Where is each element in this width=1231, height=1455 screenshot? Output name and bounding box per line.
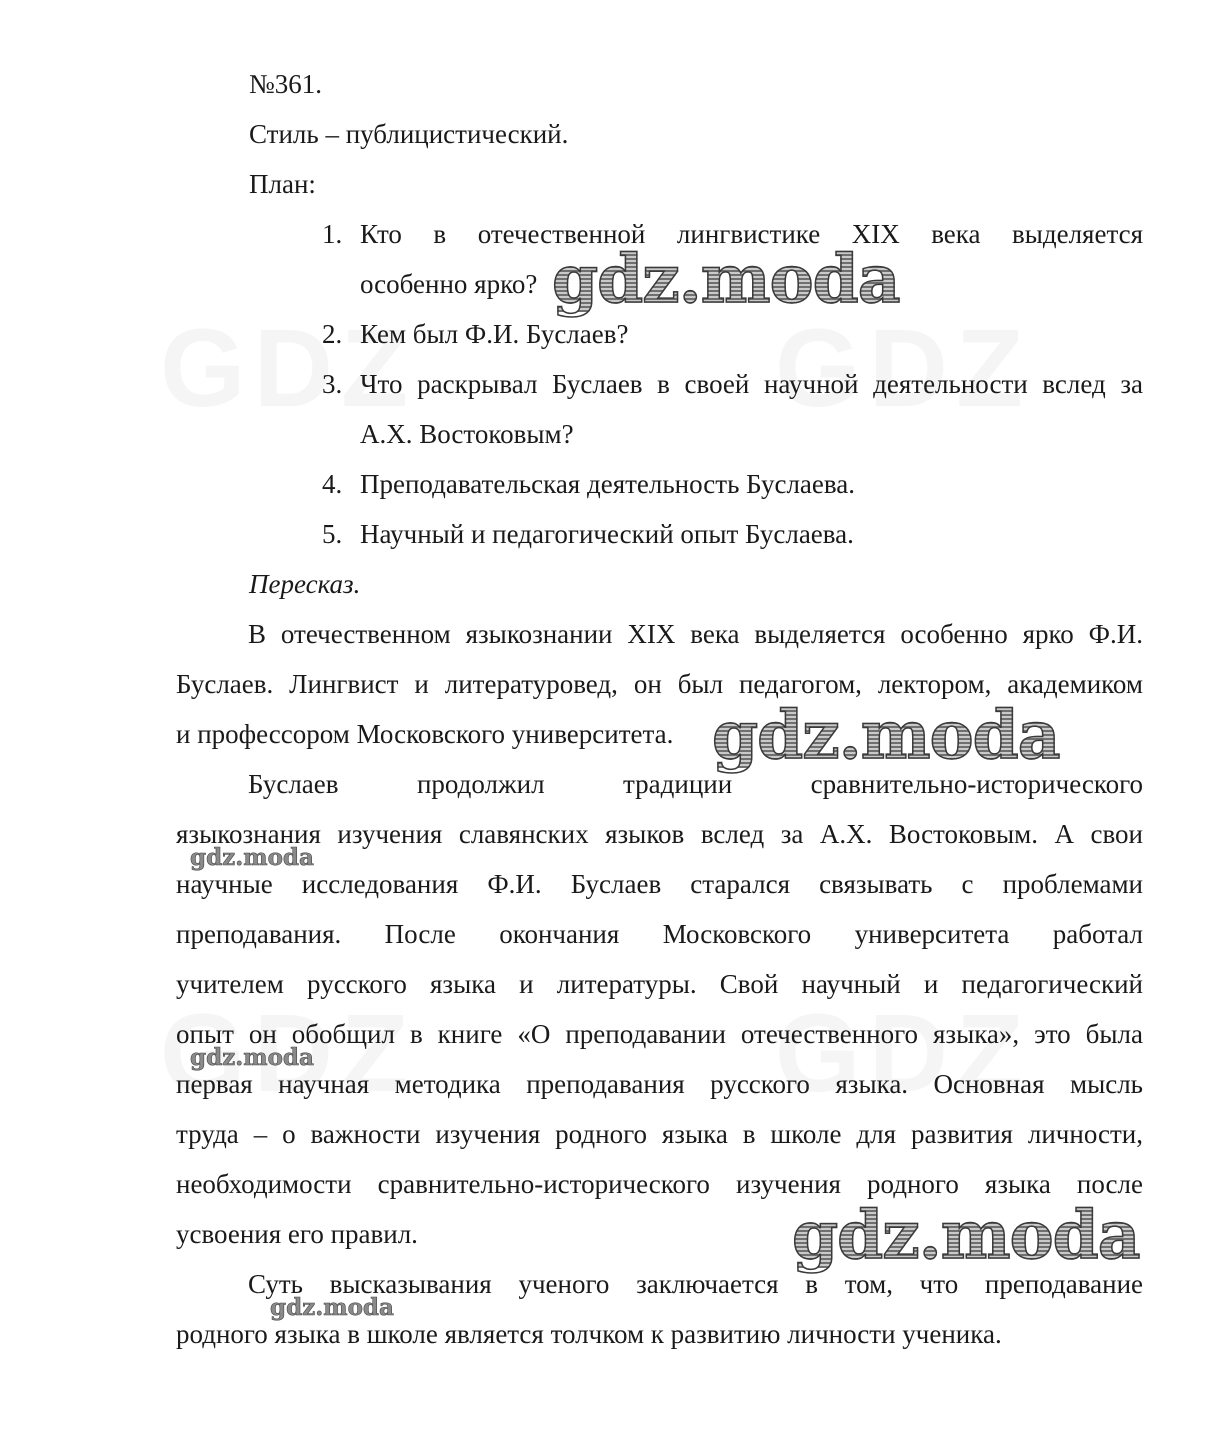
plan-item-number: 3. (322, 368, 342, 400)
watermark-logo: gdz.moda (552, 246, 900, 312)
plan-item-text: Научный и педагогический опыт Буслаева. (360, 518, 854, 550)
watermark-logo: gdz.moda (792, 1202, 1140, 1268)
paragraph-line: труда – о важности изучения родного язык… (176, 1118, 1143, 1150)
paragraph-line: родного языка в школе является толчком к… (176, 1318, 1002, 1350)
paragraph-line: языкознания изучения славянских языков в… (176, 818, 1143, 850)
watermark-logo-small: gdz.moda (190, 846, 314, 870)
paragraph-line: опыт он обобщил в книге «О преподавании … (176, 1018, 1143, 1050)
retelling-label: Пересказ. (249, 568, 360, 600)
paragraph-line: учителем русского языка и литературы. Св… (176, 968, 1143, 1000)
watermark-logo-small: gdz.moda (190, 1046, 314, 1070)
plan-item-number: 5. (322, 518, 342, 550)
paragraph-line: преподавания. После окончания Московског… (176, 918, 1143, 950)
paragraph-line: научные исследования Ф.И. Буслаев старал… (176, 868, 1143, 900)
paragraph-line: первая научная методика преподавания рус… (176, 1068, 1143, 1100)
task-number: №361. (249, 68, 322, 100)
plan-item-text: А.Х. Востоковым? (360, 418, 574, 450)
plan-item-number: 2. (322, 318, 342, 350)
plan-item-text: Преподавательская деятельность Буслаева. (360, 468, 855, 500)
watermark-logo-small: gdz.moda (270, 1296, 394, 1320)
plan-item-text: Что раскрывал Буслаев в своей научной де… (360, 368, 1143, 400)
plan-item-text: Кем был Ф.И. Буслаев? (360, 318, 628, 350)
paragraph-line: В отечественном языкознании XIX века выд… (248, 618, 1143, 650)
style-line: Стиль – публицистический. (249, 118, 568, 150)
plan-item-number: 4. (322, 468, 342, 500)
paragraph-line: усвоения его правил. (176, 1218, 418, 1250)
plan-label: План: (249, 168, 316, 200)
plan-item-text: особенно ярко? (360, 268, 537, 300)
watermark-logo: gdz.moda (712, 702, 1060, 768)
paragraph-line: и профессором Московского университета. (176, 718, 673, 750)
plan-item-number: 1. (322, 218, 342, 250)
